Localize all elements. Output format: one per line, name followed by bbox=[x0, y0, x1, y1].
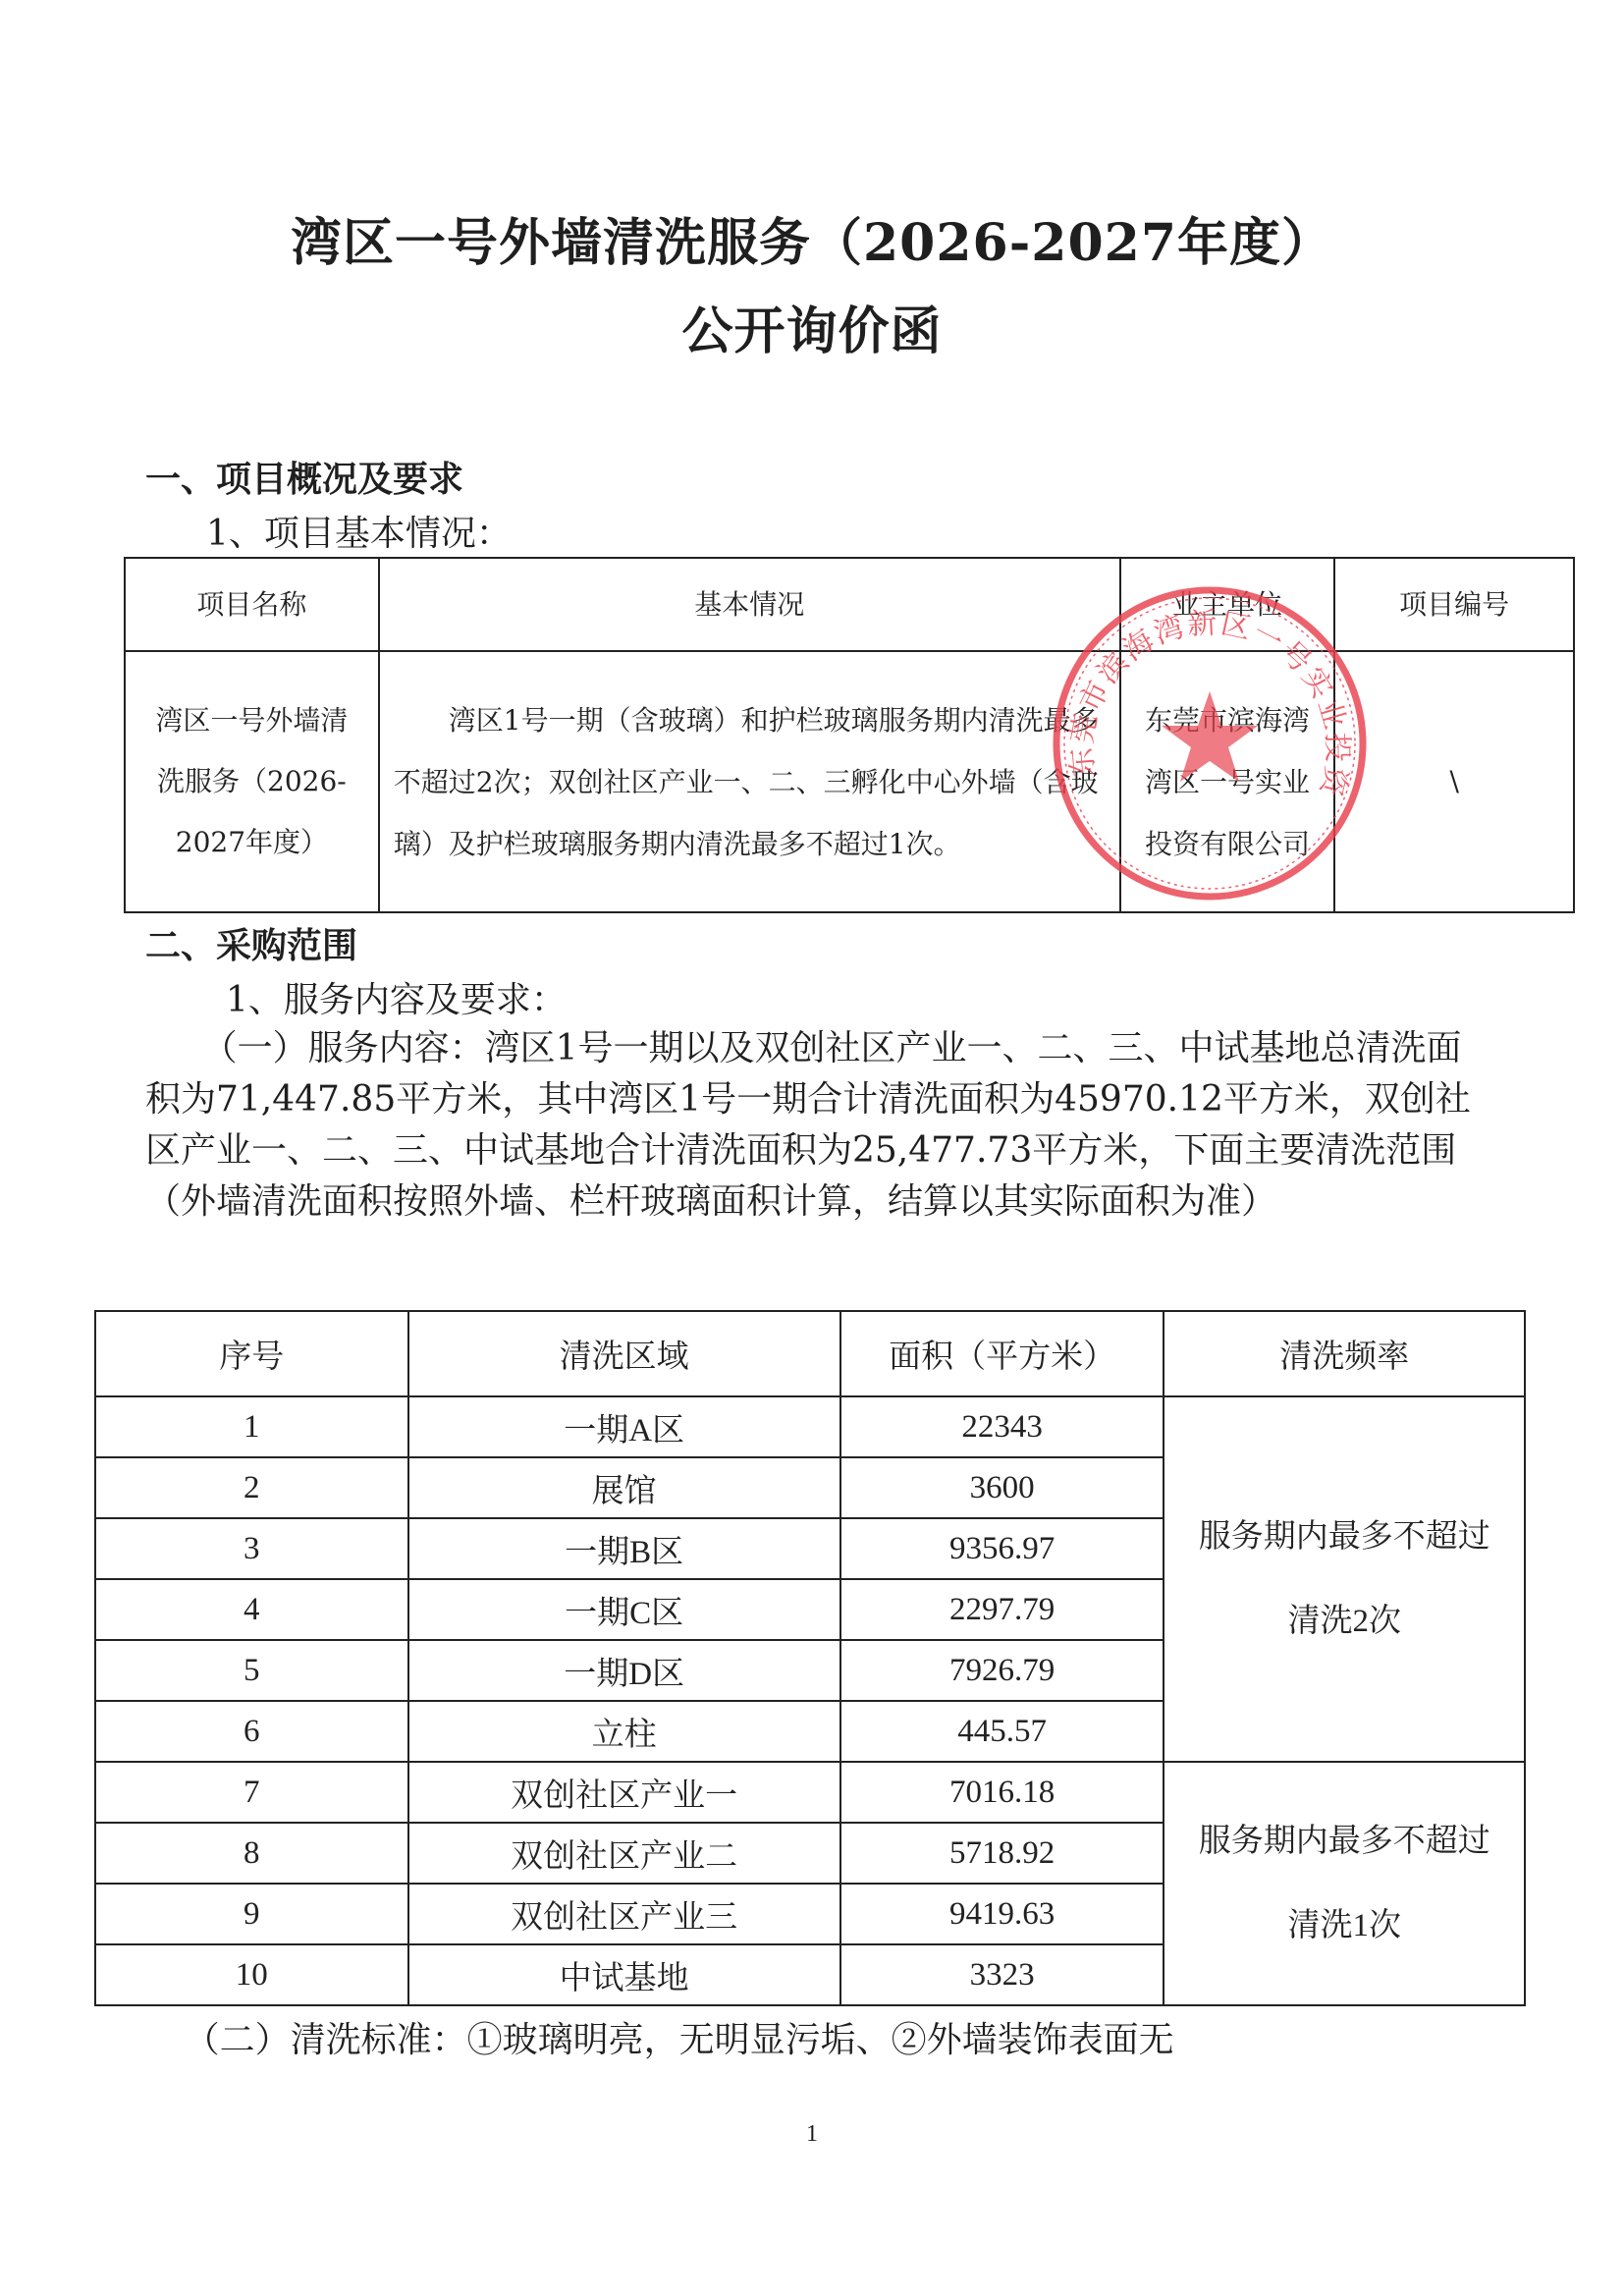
header-seq: 序号 bbox=[95, 1311, 408, 1396]
header-area: 清洗区域 bbox=[408, 1311, 840, 1396]
table-row: 1 一期A区 22343 服务期内最多不超过清洗2次 bbox=[95, 1396, 1525, 1457]
cell-area: 双创社区产业一 bbox=[408, 1762, 840, 1823]
table-row: 7 双创社区产业一 7016.18 服务期内最多不超过清洗1次 bbox=[95, 1762, 1525, 1823]
cell-area: 立柱 bbox=[408, 1701, 840, 1762]
header-owner: 业主单位 bbox=[1120, 558, 1335, 651]
header-basic-info: 基本情况 bbox=[379, 558, 1120, 651]
header-project-name: 项目名称 bbox=[125, 558, 379, 651]
table-header-row: 序号 清洗区域 面积（平方米） 清洗频率 bbox=[95, 1311, 1525, 1396]
project-info-table: 项目名称 基本情况 业主单位 项目编号 湾区一号外墙清洗服务（2026-2027… bbox=[124, 557, 1575, 913]
cell-size: 9356.97 bbox=[840, 1518, 1164, 1579]
cell-seq: 4 bbox=[95, 1579, 408, 1640]
cell-size: 3323 bbox=[840, 1944, 1164, 2005]
document-subtitle: 公开询价函 bbox=[0, 290, 1624, 363]
cell-owner: 东莞市滨海湾湾区一号实业投资有限公司 bbox=[1120, 651, 1335, 912]
cell-seq: 8 bbox=[95, 1823, 408, 1884]
cell-size: 9419.63 bbox=[840, 1884, 1164, 1944]
cell-basic-info: 湾区1号一期（含玻璃）和护栏玻璃服务期内清洗最多不超过2次；双创社区产业一、二、… bbox=[379, 651, 1120, 912]
cell-size: 7016.18 bbox=[840, 1762, 1164, 1823]
cell-area: 中试基地 bbox=[408, 1944, 840, 2005]
cell-seq: 6 bbox=[95, 1701, 408, 1762]
section2-heading: 二、采购范围 bbox=[145, 918, 357, 968]
cell-area: 展馆 bbox=[408, 1457, 840, 1518]
section2-subheading: 1、服务内容及要求： bbox=[226, 972, 567, 1022]
document-title: 湾区一号外墙清洗服务（2026-2027年度） bbox=[0, 201, 1624, 275]
header-frequency: 清洗频率 bbox=[1164, 1311, 1525, 1396]
cell-seq: 10 bbox=[95, 1944, 408, 2005]
table-row: 湾区一号外墙清洗服务（2026-2027年度） 湾区1号一期（含玻璃）和护栏玻璃… bbox=[125, 651, 1574, 912]
cell-seq: 7 bbox=[95, 1762, 408, 1823]
cell-frequency-group2: 服务期内最多不超过清洗1次 bbox=[1164, 1762, 1525, 2005]
cleaning-scope-table: 序号 清洗区域 面积（平方米） 清洗频率 1 一期A区 22343 服务期内最多… bbox=[94, 1310, 1526, 2006]
cell-project-code: \ bbox=[1334, 651, 1574, 912]
page-number: 1 bbox=[0, 2121, 1624, 2148]
cell-area: 一期C区 bbox=[408, 1579, 840, 1640]
cell-area: 双创社区产业三 bbox=[408, 1884, 840, 1944]
cell-seq: 2 bbox=[95, 1457, 408, 1518]
cell-area: 一期B区 bbox=[408, 1518, 840, 1579]
section1-subheading: 1、项目基本情况： bbox=[206, 506, 512, 556]
cell-area: 一期D区 bbox=[408, 1640, 840, 1701]
cell-size: 445.57 bbox=[840, 1701, 1164, 1762]
cell-size: 3600 bbox=[840, 1457, 1164, 1518]
cell-size: 2297.79 bbox=[840, 1579, 1164, 1640]
cell-size: 5718.92 bbox=[840, 1823, 1164, 1884]
cell-seq: 5 bbox=[95, 1640, 408, 1701]
section1-heading: 一、项目概况及要求 bbox=[145, 452, 463, 502]
cleaning-standard-paragraph: （二）清洗标准：①玻璃明亮，无明显污垢、②外墙装饰表面无 bbox=[145, 2015, 1520, 2066]
header-project-code: 项目编号 bbox=[1334, 558, 1574, 651]
table-header-row: 项目名称 基本情况 业主单位 项目编号 bbox=[125, 558, 1574, 651]
header-size: 面积（平方米） bbox=[840, 1311, 1164, 1396]
service-content-paragraph: （一）服务内容：湾区1号一期以及双创社区产业一、二、三、中试基地总清洗面积为71… bbox=[145, 1023, 1481, 1228]
cell-frequency-group1: 服务期内最多不超过清洗2次 bbox=[1164, 1396, 1525, 1762]
cell-seq: 3 bbox=[95, 1518, 408, 1579]
cell-project-name: 湾区一号外墙清洗服务（2026-2027年度） bbox=[125, 651, 379, 912]
cell-area: 一期A区 bbox=[408, 1396, 840, 1457]
cell-area: 双创社区产业二 bbox=[408, 1823, 840, 1884]
cell-seq: 9 bbox=[95, 1884, 408, 1944]
cell-seq: 1 bbox=[95, 1396, 408, 1457]
cell-size: 22343 bbox=[840, 1396, 1164, 1457]
cell-size: 7926.79 bbox=[840, 1640, 1164, 1701]
